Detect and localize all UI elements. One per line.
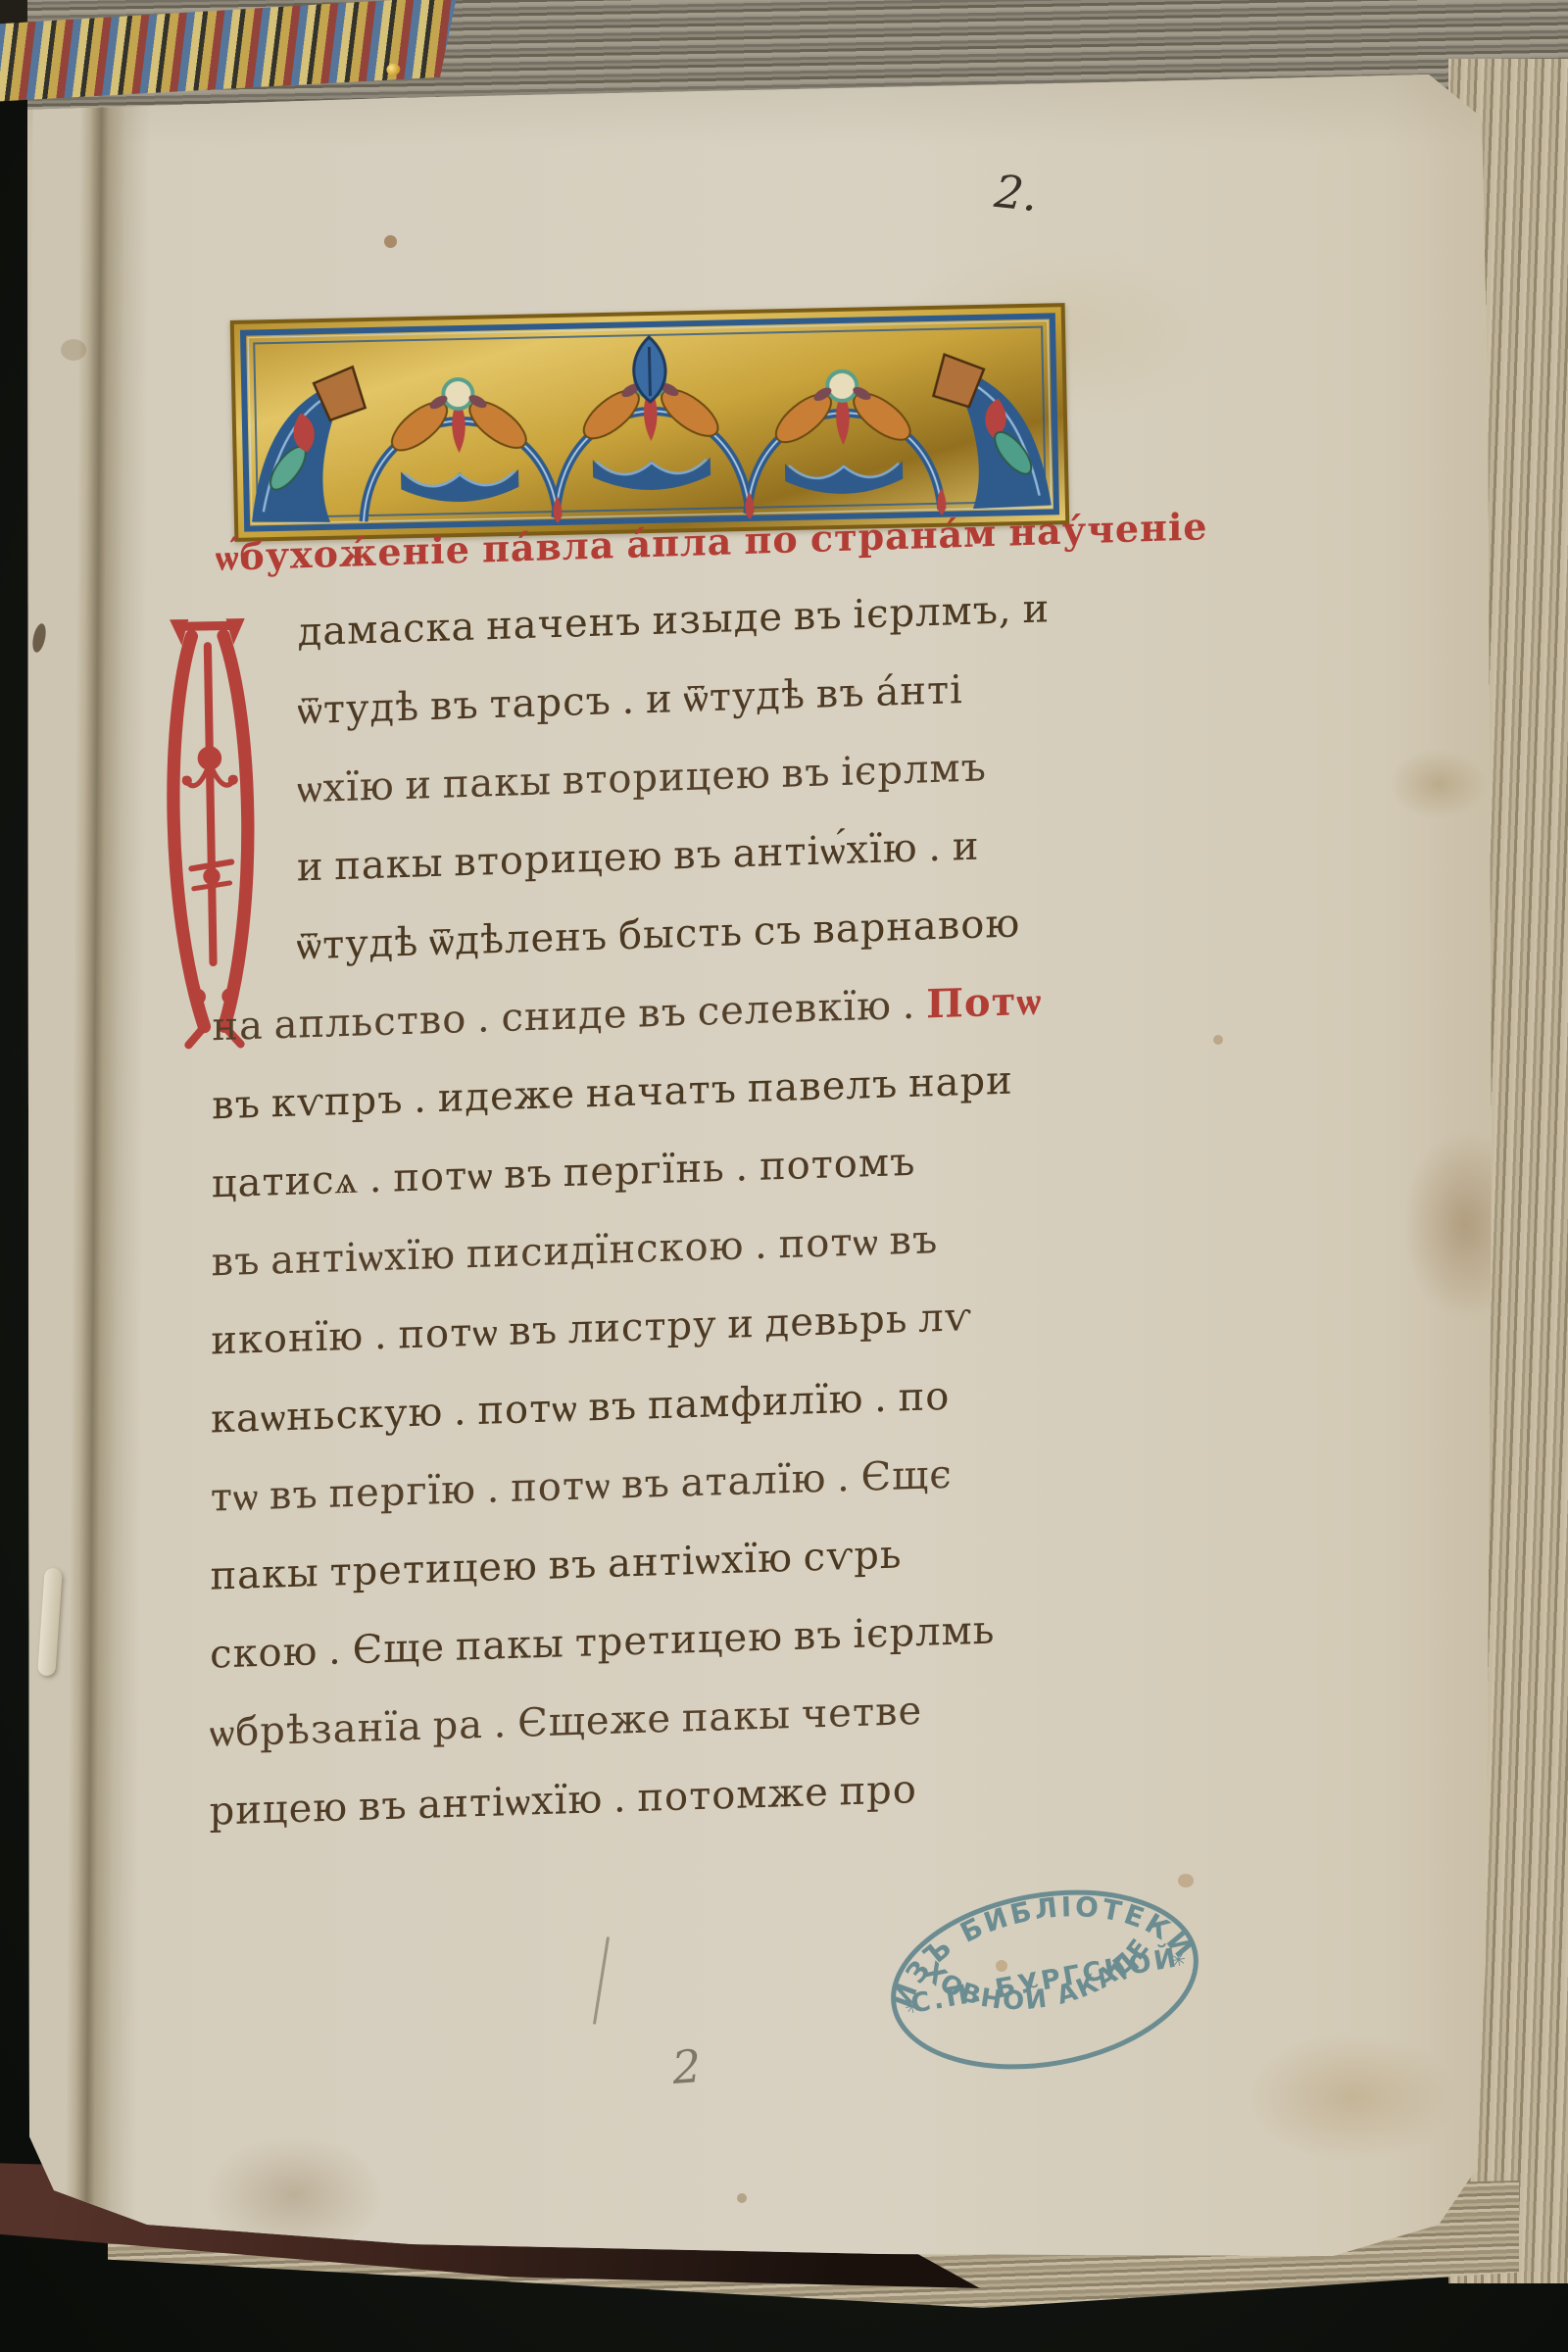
gilt-thread-detail	[386, 63, 401, 75]
library-stamp: ИЗЪ БИБЛІОТЕКИ С.П. БУРГСКОЙ ✳ ✳ ДУХОВНО…	[866, 1856, 1224, 2102]
pencil-mark-tick	[593, 1936, 610, 2024]
illuminated-headpiece	[230, 303, 1070, 542]
text-block: дамаска наченъ изыде въ ієрлмъ, и ѿтудѣ …	[210, 566, 1135, 1850]
manuscript-photo: 2.	[0, 0, 1568, 2352]
gutter-shadow	[18, 94, 150, 2227]
manuscript-page: 2.	[0, 0, 1568, 2352]
pencil-number: 2	[670, 2039, 703, 2094]
stain	[1213, 1035, 1223, 1045]
folio-number: 2.	[992, 165, 1040, 221]
stain	[384, 235, 397, 248]
stain	[61, 339, 86, 361]
stain	[737, 2193, 747, 2203]
